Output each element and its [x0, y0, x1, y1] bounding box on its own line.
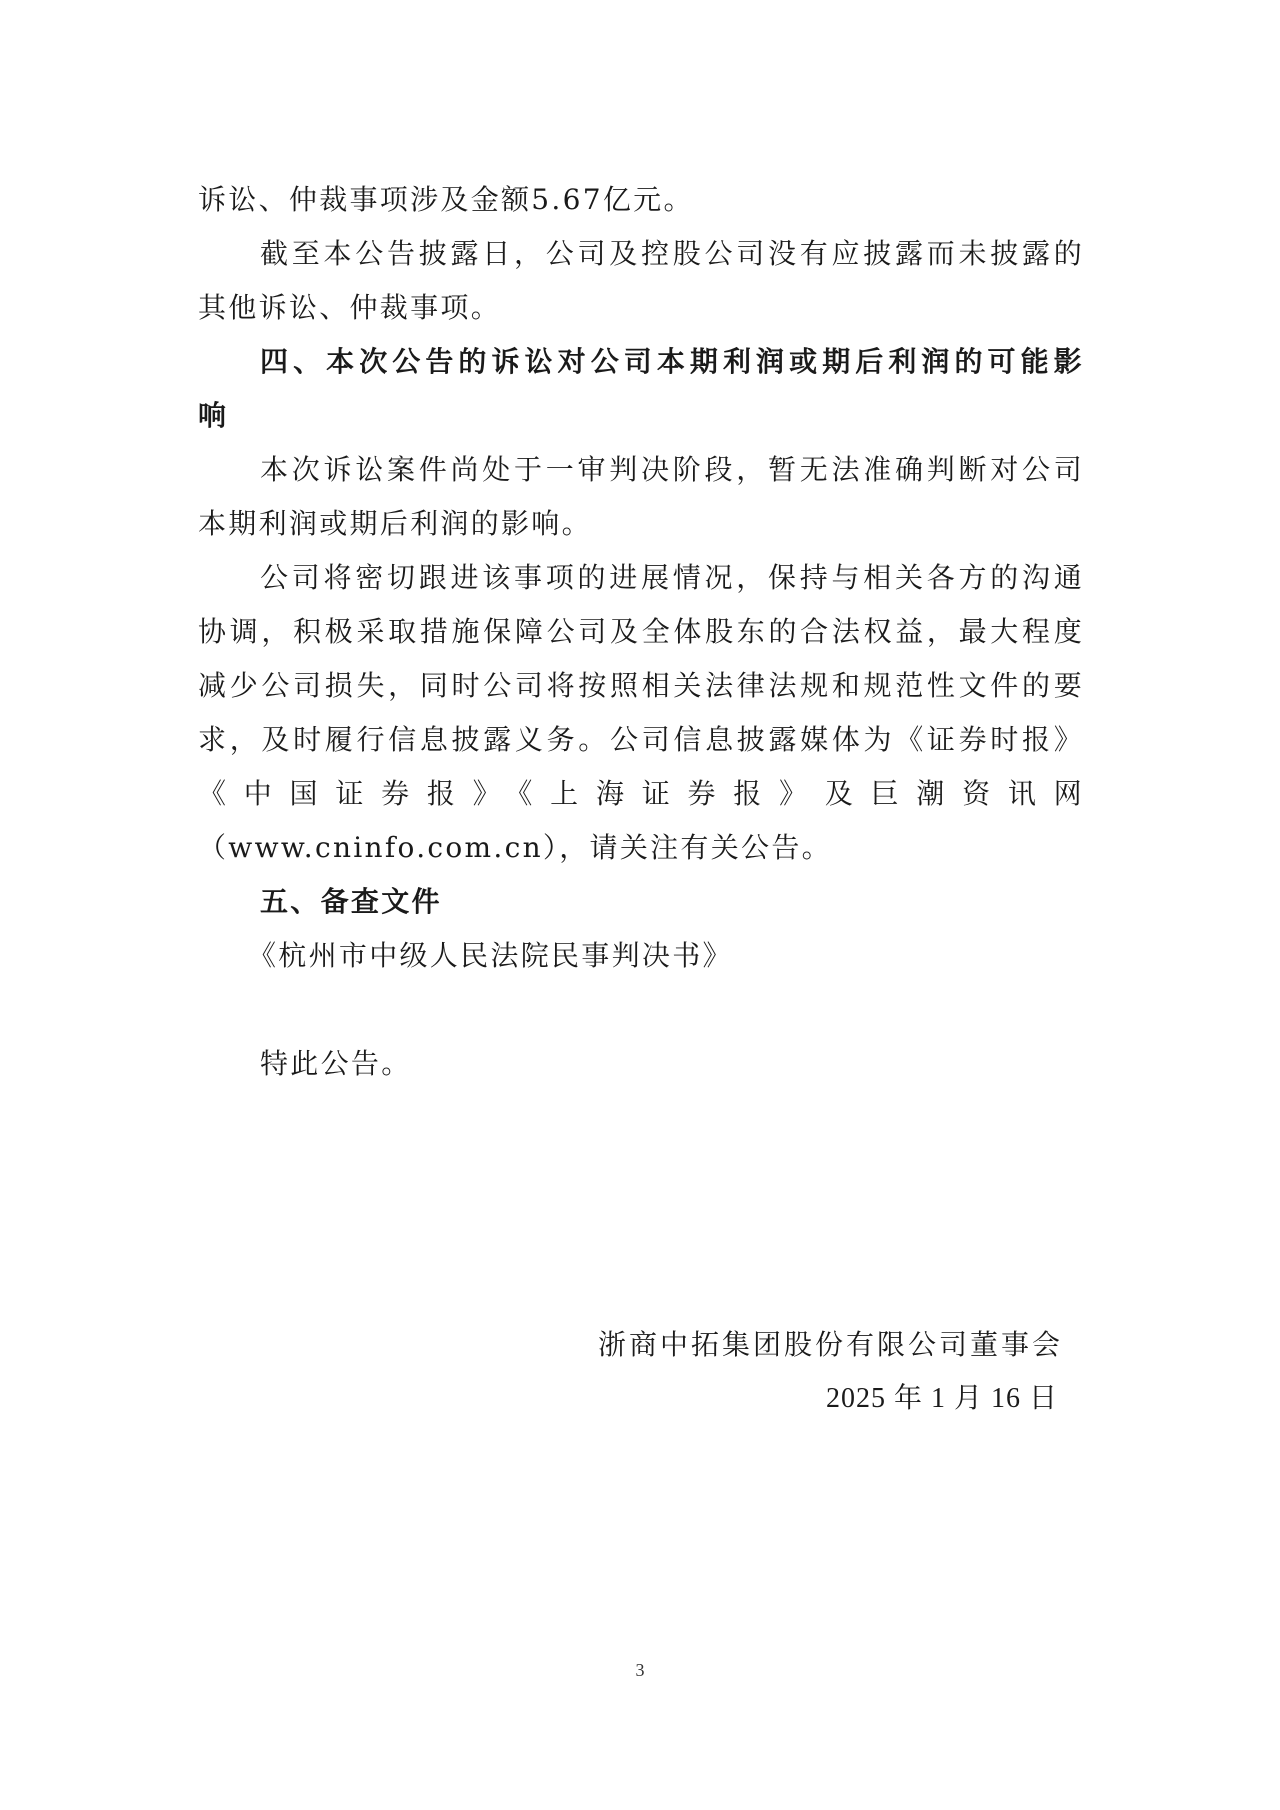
disclosure-paragraph-line-1: 截至本公告披露日，公司及控股公司没有应披露而未披露的 — [260, 234, 1084, 274]
impact-paragraph-line-1: 本次诉讼案件尚处于一审判决阶段，暂无法准确判断对公司 — [260, 450, 1084, 490]
section-five-heading: 五、备查文件 — [260, 882, 442, 922]
disclosure-paragraph-line-2: 其他诉讼、仲裁事项。 — [198, 288, 501, 328]
followup-paragraph-line-3: 减少公司损失，同时公司将按照相关法律法规和规范性文件的要 — [198, 666, 1084, 706]
followup-paragraph-line-1: 公司将密切跟进该事项的进展情况，保持与相关各方的沟通 — [260, 558, 1084, 598]
followup-paragraph-line-5: 《中国证券报》《上海证券报》及巨潮资讯网 — [198, 774, 1084, 814]
section-four-heading-line-2: 响 — [198, 396, 228, 436]
followup-paragraph-line-6: （www.cninfo.com.cn），请关注有关公告。 — [198, 828, 832, 868]
reference-document: 《杭州市中级人民法院民事判决书》 — [248, 936, 733, 976]
section-four-heading-line-1: 四、本次公告的诉讼对公司本期利润或期后利润的可能影 — [260, 342, 1084, 382]
page-number: 3 — [0, 1660, 1280, 1681]
followup-paragraph-line-2: 协调，积极采取措施保障公司及全体股东的合法权益，最大程度 — [198, 612, 1084, 652]
signature-company: 浙商中拓集团股份有限公司董事会 — [598, 1325, 1063, 1365]
amount-line: 诉讼、仲裁事项涉及金额5.67亿元。 — [198, 180, 694, 220]
signature-date: 2025 年 1 月 16 日 — [826, 1379, 1058, 1419]
impact-paragraph-line-2: 本期利润或期后利润的影响。 — [198, 504, 592, 544]
followup-paragraph-line-4: 求，及时履行信息披露义务。公司信息披露媒体为《证券时报》 — [198, 720, 1084, 760]
closing-statement: 特此公告。 — [260, 1044, 412, 1084]
